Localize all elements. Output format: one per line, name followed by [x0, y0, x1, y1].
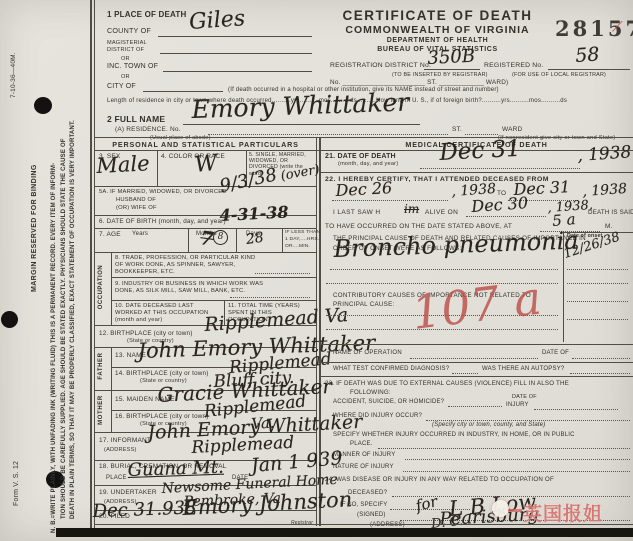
margin-form-code: 7-10-36—40M. — [10, 26, 17, 98]
leader — [426, 419, 630, 421]
autopsy-label: WAS THERE AN AUTOPSY? — [482, 366, 564, 372]
date-of-birth-handwriting: 4-31-38 — [219, 204, 289, 224]
punch-hole — [34, 97, 52, 114]
leader — [534, 408, 618, 410]
full-name-label: 2 FULL NAME — [107, 114, 165, 124]
punch-hole — [1, 311, 18, 328]
occupation-related-label2: DECEASED? — [348, 489, 387, 496]
attended-from-handwriting: Dec 26 — [335, 180, 392, 199]
leader — [230, 296, 310, 298]
date-of-injury-label1: DATE OF — [512, 394, 537, 400]
cause-of-death-handwriting: Broncho pneumonia — [333, 228, 579, 261]
margin-nb-line2: TION SHOULD BE CAREFULLY SUPPLIED. AGE S… — [60, 131, 70, 533]
wife-of-label: (OR) WIFE OF — [116, 205, 157, 211]
husband-of-label: HUSBAND OF — [116, 197, 156, 203]
residence-a-label: (A) RESIDENCE. No. — [115, 126, 181, 133]
registered-no-value: 58 — [575, 45, 600, 66]
cell-rule — [111, 347, 112, 390]
or-label: OR — [121, 74, 130, 80]
leader — [378, 447, 630, 449]
test-label: WHAT TEST CONFIRMED DIAGNOSIS? — [333, 366, 449, 372]
magisterial-label: MAGISTERIAL — [107, 40, 147, 46]
registrar-caption: Registrar — [291, 520, 313, 526]
external-causes-label1: 23. IF DEATH WAS DUE TO EXTERNAL CAUSES … — [325, 380, 569, 387]
residence-leader — [208, 133, 448, 135]
father-side-label: FATHER — [98, 346, 104, 386]
leader — [466, 215, 546, 217]
leader — [567, 282, 628, 284]
registrar-insert-note: (TO BE INSERTED BY REGISTRAR) — [392, 72, 488, 78]
row-rule — [320, 344, 633, 345]
or-label: OR — [121, 56, 130, 62]
margin-binding-note: MARGIN RESERVED FOR BINDING — [31, 184, 38, 292]
inc-town-label: INC. TOWN OF — [107, 63, 158, 70]
operation-date-label: DATE OF — [542, 350, 569, 356]
date-of-death-sub: (month, day, and year) — [338, 161, 398, 167]
cell-rule — [111, 252, 112, 325]
margin-nb-note: N. B.=WRITE PLAINLY, WITH UNFADING INK (… — [50, 131, 79, 533]
cell-rule — [157, 150, 158, 186]
father-birthplace-label: 14. BIRTHPLACE (city or town) — [115, 370, 209, 377]
burial-place-label: PLACE — [106, 475, 127, 481]
per-note-handwriting: for — [414, 494, 439, 514]
filed-date-handwriting: Dec 31.938 — [92, 499, 196, 521]
leader — [452, 372, 478, 374]
watermark-logo-icon — [492, 500, 509, 517]
row-rule — [320, 172, 633, 173]
leader — [572, 357, 630, 359]
specify-injury-label1: SPECIFY WHETHER INJURY OCCURRED IN INDUS… — [333, 432, 575, 438]
personal-section-title: PERSONAL AND STATISTICAL PARTICULARS — [95, 140, 316, 149]
registration-district-value: 350B — [427, 48, 475, 68]
row-rule — [111, 300, 316, 301]
alive-on-label: ALIVE ON — [425, 209, 458, 216]
city-of-label: CITY OF — [107, 83, 136, 90]
leader — [410, 357, 538, 359]
one-day-hrs-label: 1 DAY,....HRS. — [285, 237, 319, 242]
date-of-death-handwriting: Dec 31 — [439, 138, 522, 165]
attended-to-year-handwriting: , 1938 — [582, 182, 627, 199]
cell-rule — [236, 228, 237, 252]
date-of-death-year-handwriting: , 1938 — [577, 144, 632, 165]
if-less-than-label: IF LESS THAN — [285, 230, 320, 235]
leader — [255, 272, 310, 274]
undertaker-label: 19. UNDERTAKER — [99, 489, 157, 496]
race-value-handwriting: W — [194, 153, 219, 177]
registered-no-rule — [548, 69, 630, 70]
registered-no-label: REGISTERED No. — [484, 62, 543, 69]
external-causes-label2: FOLLOWING: — [350, 389, 391, 396]
last-saw-date-handwriting: Dec 30 — [471, 195, 529, 215]
section-top-rule — [95, 137, 633, 138]
cell-rule — [188, 228, 189, 252]
section-bottom-rule — [95, 150, 633, 151]
where-injury-sub: (Specify city or town, county, and State… — [432, 422, 545, 428]
mother-side-label: MOTHER — [98, 390, 104, 430]
local-registrar-note: (FOR USE OF LOCAL REGISTRAR) — [512, 72, 606, 78]
margin-nb-line3: DEATH IN PLAIN TERMS, SO THAT IT MAY BE … — [69, 131, 79, 533]
nature-of-injury-label: NATURE OF INJURY — [333, 464, 394, 470]
st-label: ST. — [452, 126, 462, 133]
m-label: M. — [605, 223, 613, 230]
row-rule — [320, 362, 633, 363]
leader — [330, 268, 558, 270]
if-married-label: 5A. IF MARRIED, WIDOWED, OR DIVORCED — [99, 189, 227, 195]
if-so-specify-label: IF SO, SPECIFY — [340, 502, 387, 508]
leader — [567, 300, 628, 302]
place-of-death-label: 1 PLACE OF DEATH — [107, 10, 187, 19]
leader — [448, 405, 502, 407]
form-edge-rule — [94, 0, 95, 537]
where-injury-label: WHERE DID INJURY OCCUR? — [333, 413, 422, 419]
last-saw-label: I LAST SAW H — [333, 209, 380, 216]
sex-value-handwriting: Male — [96, 153, 150, 177]
informant-label: 17. INFORMANT — [99, 437, 151, 444]
cell-rule — [111, 390, 112, 432]
registration-district-label: REGISTRATION DISTRICT No. — [330, 62, 431, 69]
leader — [405, 458, 630, 460]
street-ward-line: No. ______________________ ST. _________… — [330, 79, 508, 86]
death-said-label: DEATH IS SAID — [588, 209, 633, 216]
birthplace-label: 12. BIRTHPLACE (city or town) — [99, 330, 193, 337]
field-5a-handwriting: 9/3/38 — [218, 166, 278, 196]
full-name-handwriting: Emory Whittaker — [191, 89, 409, 122]
age-months-circled-handwriting: 8 — [213, 230, 228, 245]
row-rule — [95, 186, 316, 187]
margin-form-number: Form V. S. 12 — [13, 444, 20, 506]
inc-town-rule — [163, 71, 312, 72]
burial-place-handwriting: Guana Mt. — [127, 459, 224, 480]
certificate-title: CERTIFICATE OF DEATH — [330, 8, 545, 23]
operation-label: NAME OF OPERATION — [333, 350, 402, 356]
age-days-handwriting: 28 — [245, 231, 265, 247]
watermark-text: 英国报姐 — [523, 499, 603, 526]
industry-label: 9. INDUSTRY OR BUSINESS IN WHICH WORK WA… — [115, 281, 265, 295]
watermark-dash — [508, 509, 522, 512]
specify-injury-label2: PLACE. — [350, 441, 373, 447]
cell-rule — [282, 228, 283, 252]
row-rule — [320, 376, 633, 377]
date-of-birth-label: 6. DATE OF BIRTH (month, day, and year) — [99, 218, 226, 225]
county-label: COUNTY OF — [107, 26, 151, 35]
death-certificate-scan: 7-10-36—40M. MARGIN RESERVED FOR BINDING… — [0, 0, 633, 541]
margin-nb-line1: N. B.=WRITE PLAINLY, WITH UNFADING INK (… — [50, 131, 60, 533]
department-subtitle: DEPARTMENT OF HEALTH — [330, 37, 545, 44]
county-value-handwriting: Giles — [188, 8, 245, 34]
st-leader — [465, 133, 498, 135]
ward-label: WARD — [502, 126, 522, 133]
form-bottom-rule — [95, 524, 633, 525]
commonwealth-subtitle: COMMONWEALTH OF VIRGINIA — [330, 24, 545, 36]
row-rule — [111, 277, 316, 278]
manner-of-injury-label: MANNER OF INJURY — [333, 452, 395, 458]
leader — [567, 318, 628, 320]
leader — [570, 372, 630, 374]
birthplace-handwriting: Ripplemead Va — [204, 306, 349, 335]
full-name-rule — [183, 124, 420, 125]
or-min-label: OR....MIN. — [285, 244, 310, 249]
leader — [567, 268, 628, 270]
scan-edge-bar — [56, 528, 633, 537]
registration-district-rule — [424, 69, 480, 70]
leader — [420, 167, 580, 169]
occupation-related-label1: 24. WAS DISEASE OR INJURY IN ANY WAY REL… — [325, 476, 554, 483]
county-rule — [158, 36, 312, 37]
age-label: 7. AGE — [99, 231, 121, 238]
date-of-injury-label2: INJURY — [506, 402, 529, 408]
cause-code-red-handwriting: 107 a — [409, 275, 543, 336]
occupation-side-label: OCCUPATION — [98, 252, 104, 322]
date-of-death-label: 21. DATE OF DEATH — [325, 153, 396, 160]
leader — [403, 470, 630, 472]
age-years-header: Years — [132, 231, 148, 237]
accident-label: ACCIDENT, SUICIDE, OR HOMICIDE? — [333, 399, 444, 405]
district-of-label: DISTRICT OF — [107, 47, 144, 53]
signed-label: (SIGNED) — [357, 512, 386, 518]
informant-address-label: (ADDRESS) — [104, 447, 137, 453]
district-rule — [160, 53, 312, 54]
form-edge-rule — [90, 0, 92, 537]
leader — [332, 199, 448, 201]
certificate-number-stamp: 28157 — [555, 16, 633, 41]
city-rule — [143, 91, 223, 92]
trade-label: 8. TRADE, PROFESSION, OR PARTICULAR KIND… — [115, 255, 265, 277]
contributory-label2: PRINCIPAL CAUSE: — [333, 301, 395, 308]
last-saw-strike-handwriting: im — [404, 203, 419, 215]
row-rule — [95, 252, 316, 253]
